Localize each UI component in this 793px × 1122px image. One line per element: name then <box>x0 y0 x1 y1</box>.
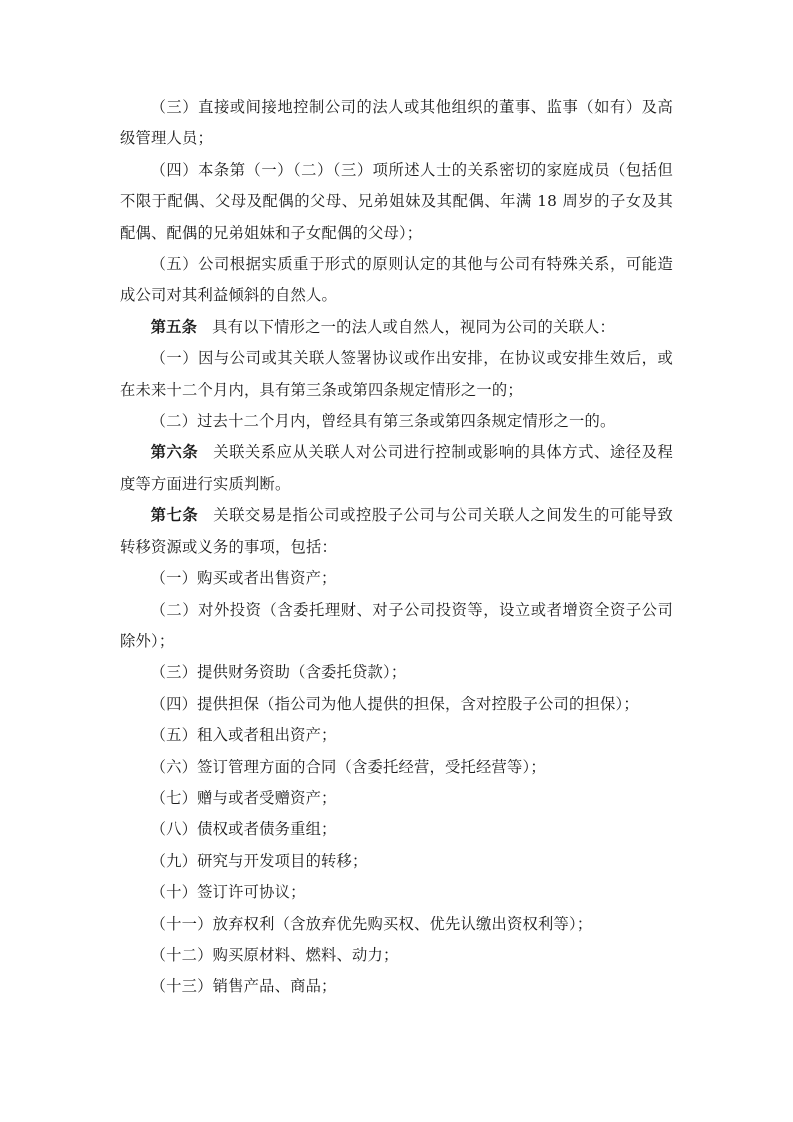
article-label: 第五条 <box>151 318 198 336</box>
article-6: 第六条关联关系应从关联人对公司进行控制或影响的具体方式、途径及程度等方面进行实质… <box>120 437 673 500</box>
article-7-item-8: （八）债权或者债务重组； <box>120 814 673 845</box>
article-7-item-4: （四）提供担保（指公司为他人提供的担保，含对控股子公司的担保）； <box>120 689 673 720</box>
article-7-item-10: （十）签订许可协议； <box>120 877 673 908</box>
article-label: 第七条 <box>151 506 199 524</box>
article-7-item-13: （十三）销售产品、商品； <box>120 971 673 1002</box>
article-7-item-1: （一）购买或者出售资产； <box>120 563 673 594</box>
article-7: 第七条关联交易是指公司或控股子公司与公司关联人之间发生的可能导致转移资源或义务的… <box>120 500 673 563</box>
article-7-item-3: （三）提供财务资助（含委托贷款）； <box>120 657 673 688</box>
article-7-item-12: （十二）购买原材料、燃料、动力； <box>120 940 673 971</box>
article-5: 第五条具有以下情形之一的法人或自然人，视同为公司的关联人： <box>120 312 673 343</box>
item-4-family-members: （四）本条第（一）（二）（三）项所述人士的关系密切的家庭成员（包括但不限于配偶、… <box>120 155 673 249</box>
article-5-item-1: （一）因与公司或其关联人签署协议或作出安排，在协议或安排生效后，或在未来十二个月… <box>120 343 673 406</box>
article-7-item-11: （十一）放弃权利（含放弃优先购买权、优先认缴出资权利等）； <box>120 909 673 940</box>
article-5-item-2: （二）过去十二个月内，曾经具有第三条或第四条规定情形之一的。 <box>120 406 673 437</box>
article-7-item-6: （六）签订管理方面的合同（含委托经营，受托经营等）； <box>120 752 673 783</box>
article-label: 第六条 <box>151 443 199 461</box>
article-7-item-2: （二）对外投资（含委托理财、对子公司投资等，设立或者增资全资子公司除外）； <box>120 595 673 658</box>
article-7-item-9: （九）研究与开发项目的转移； <box>120 846 673 877</box>
item-3-controller-directors: （三）直接或间接地控制公司的法人或其他组织的董事、监事（如有）及高级管理人员； <box>120 92 673 155</box>
article-7-item-5: （五）租入或者租出资产； <box>120 720 673 751</box>
document-page: （三）直接或间接地控制公司的法人或其他组织的董事、监事（如有）及高级管理人员； … <box>120 92 673 1003</box>
article-7-item-7: （七）赠与或者受赠资产； <box>120 783 673 814</box>
item-5-other-natural-persons: （五）公司根据实质重于形式的原则认定的其他与公司有特殊关系，可能造成公司对其利益… <box>120 249 673 312</box>
